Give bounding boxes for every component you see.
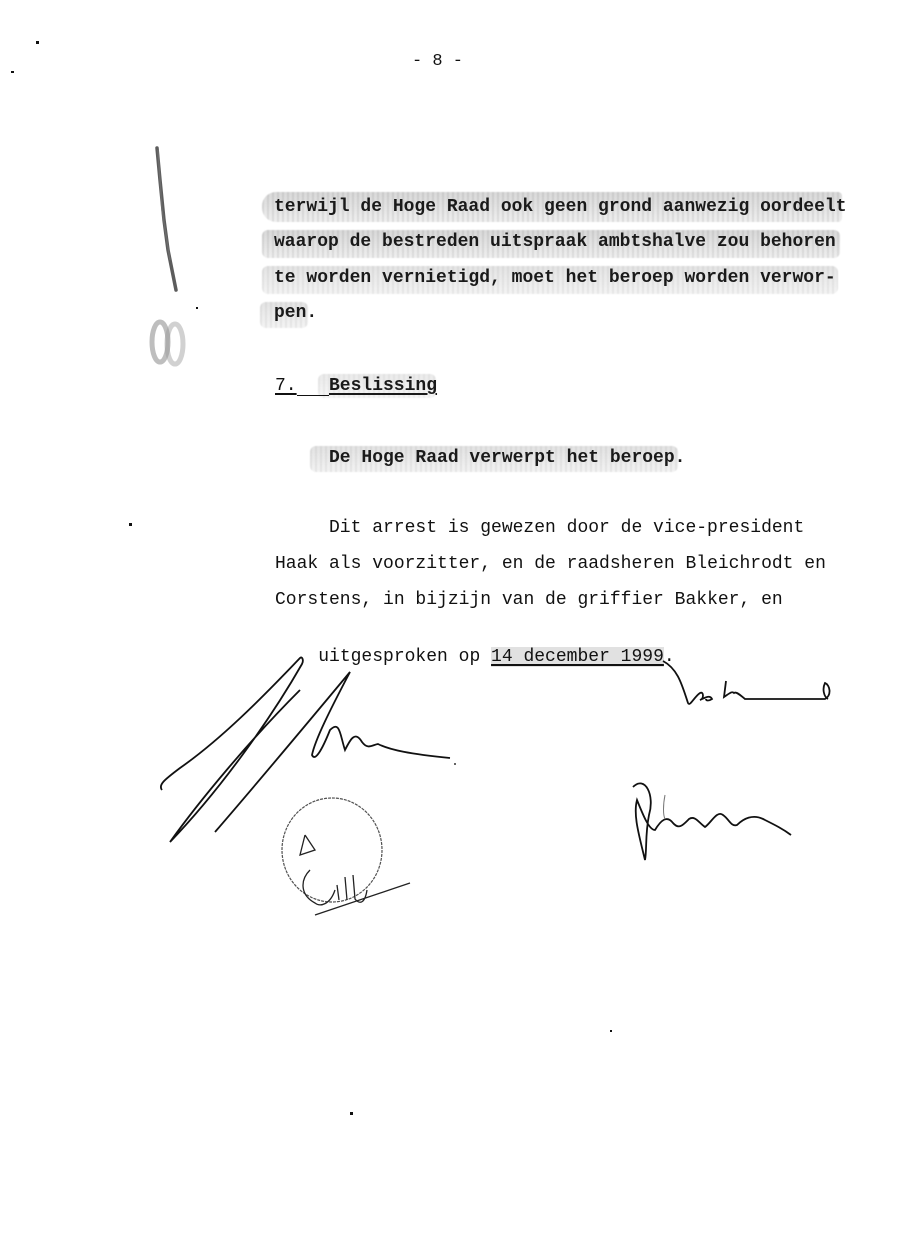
scan-speck [350, 1112, 353, 1115]
closing-line-3: Corstens, in bijzijn van de griffier Bak… [275, 589, 783, 611]
document-page: - 8 - terwijl de Hoge Raad ook geen gron… [0, 0, 900, 1239]
scan-speck [610, 1030, 612, 1032]
section-heading-title: Beslissing [329, 375, 437, 397]
signature-left-circled [275, 795, 415, 920]
margin-mark-icon [140, 140, 200, 380]
scan-speck [36, 41, 39, 44]
scan-speck [196, 307, 198, 309]
scan-speck [11, 71, 14, 73]
closing-line-2: Haak als voorzitter, en de raadsheren Bl… [275, 553, 826, 575]
decision-text: De Hoge Raad verwerpt het beroep. [329, 447, 685, 469]
conclusion-line-1: terwijl de Hoge Raad ook geen grond aanw… [274, 196, 847, 218]
conclusion-line-3: te worden vernietigd, moet het beroep wo… [274, 267, 836, 289]
pronounced-date: 14 december 1999 [491, 647, 664, 667]
scan-speck [129, 523, 132, 526]
signature-right-top [660, 655, 860, 715]
conclusion-line-2: waarop de bestreden uitspraak ambtshalve… [274, 231, 836, 253]
closing-line-1: Dit arrest is gewezen door de vice-presi… [329, 517, 804, 539]
signature-right-bottom [625, 775, 805, 865]
section-heading-number: 7. [275, 375, 297, 397]
page-number: - 8 - [412, 52, 463, 72]
conclusion-line-4: pen. [274, 302, 317, 324]
section-heading-spacer [297, 375, 329, 396]
